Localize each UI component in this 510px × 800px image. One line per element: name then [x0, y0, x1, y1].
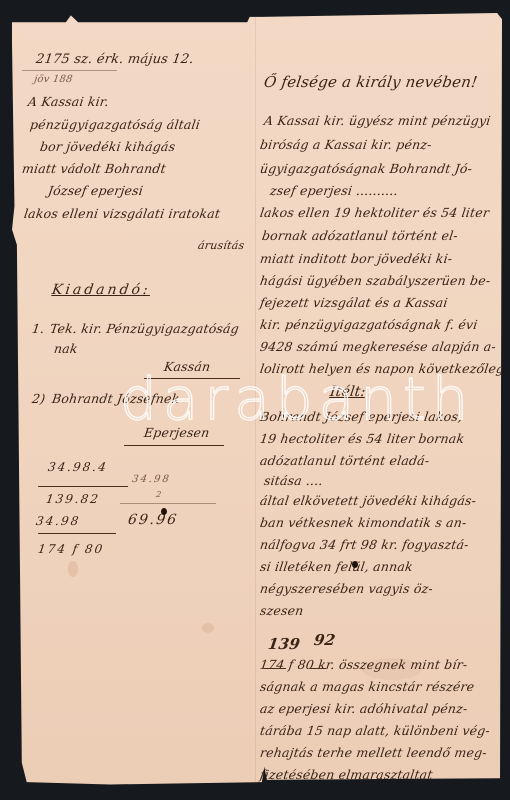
verdict-line: által elkövetett jövedéki kihágás-	[259, 495, 477, 508]
intro-line: miatt vádolt Bohrandt	[21, 163, 167, 176]
verdict-line: négyszeresében vagyis öz-	[259, 583, 434, 596]
calc-multiplier: 2	[155, 491, 161, 499]
corrected-cents: 92	[313, 633, 336, 648]
kiadando-heading: Kiadandó:	[51, 283, 152, 297]
recipient-name: Tek. kir. Pénzügyigazgatóság	[49, 323, 240, 336]
body-line: A Kassai kir. ügyész mint pénzügyi	[263, 115, 491, 128]
paper-stain	[202, 623, 214, 633]
intro-line: pénzügyigazgatóság általi	[29, 119, 201, 132]
closing-line: az eperjesi kir. adóhivatal pénz-	[259, 703, 468, 716]
calc-value: 34.98	[131, 475, 171, 485]
body-line: miatt inditott bor jövedéki ki-	[259, 253, 453, 266]
verdict-line: sitása ....	[263, 475, 324, 488]
calc-value: 34.98	[35, 515, 81, 527]
recipient-name-cont: nak	[53, 343, 78, 356]
calc-value: 139.82	[45, 493, 101, 505]
verdict-line: ban vétkesnek kimondatik s an-	[259, 517, 467, 530]
intro-line: bor jövedéki kihágás	[39, 141, 176, 154]
closing-line: fizetésében elmarasztaltat	[259, 769, 433, 782]
verdict-line: szesen	[259, 605, 304, 618]
closing-line: rehajtás terhe mellett leendő meg-	[259, 747, 487, 760]
header-reference-sub: jöv 188	[33, 75, 73, 85]
body-line: biróság a Kassai kir. pénz-	[259, 139, 432, 152]
verdict-line: 19 hectoliter és 54 liter bornak	[259, 433, 465, 446]
closing-line: 174 f 80 kr. összegnek mint bír-	[259, 659, 468, 672]
strike-mark	[264, 668, 286, 669]
calc-value: 34.98.4	[47, 461, 108, 473]
header-reference: 2175 sz. érk. május 12.	[35, 53, 194, 66]
intro-line: lakos elleni vizsgálati iratokat	[23, 208, 221, 221]
body-line: ügyigazgatóságnak Bohrandt Jó-	[259, 163, 473, 176]
body-line: bornak adózatlanul történt el-	[261, 230, 458, 243]
body-line: lakos ellen 19 hektoliter és 54 liter	[259, 207, 490, 220]
body-line: kir. pénzügyigazgatóságnak f. évi	[259, 319, 478, 332]
document-title: Ő felsége a király nevében!	[263, 75, 478, 90]
recipient-number: 2)	[31, 393, 46, 406]
closing-line: ságnak a magas kincstár részére	[259, 681, 475, 694]
calc-total: 174 f 80	[37, 543, 105, 555]
verdict-line: nálfogva 34 frt 98 kr. fogyasztá-	[259, 539, 469, 552]
body-line: hágási ügyében szabályszerüen be-	[259, 275, 491, 288]
verdict-line: si illetéken felül, annak	[259, 561, 414, 574]
recipient-number: 1.	[31, 323, 45, 336]
margin-word: árusítás	[197, 240, 245, 251]
ink-blot	[161, 508, 167, 515]
paper-stain	[68, 561, 78, 577]
body-line: fejezett vizsgálat és a Kassai	[259, 297, 448, 310]
calc-rule	[38, 486, 128, 487]
strike-mark	[310, 668, 326, 669]
calc-total: 69.96	[127, 513, 179, 527]
body-line: 9428 számú megkeresése alapján a-	[259, 341, 497, 354]
body-line: zsef eperjesi ..........	[269, 185, 399, 198]
intro-line: József eperjesi	[47, 185, 144, 198]
verdict-line: adózatlanul történt eladá-	[259, 455, 430, 468]
watermark: darabanth	[120, 365, 474, 433]
closing-line: tárába 15 nap alatt, különbeni vég-	[259, 725, 491, 738]
calc-rule	[38, 533, 116, 534]
ink-blot	[352, 561, 358, 568]
corrected-amount: 139	[267, 637, 301, 652]
header-underline	[22, 70, 117, 71]
calc-rule	[120, 503, 216, 504]
place-underline	[124, 445, 224, 446]
intro-line: A Kassai kir.	[27, 96, 110, 109]
